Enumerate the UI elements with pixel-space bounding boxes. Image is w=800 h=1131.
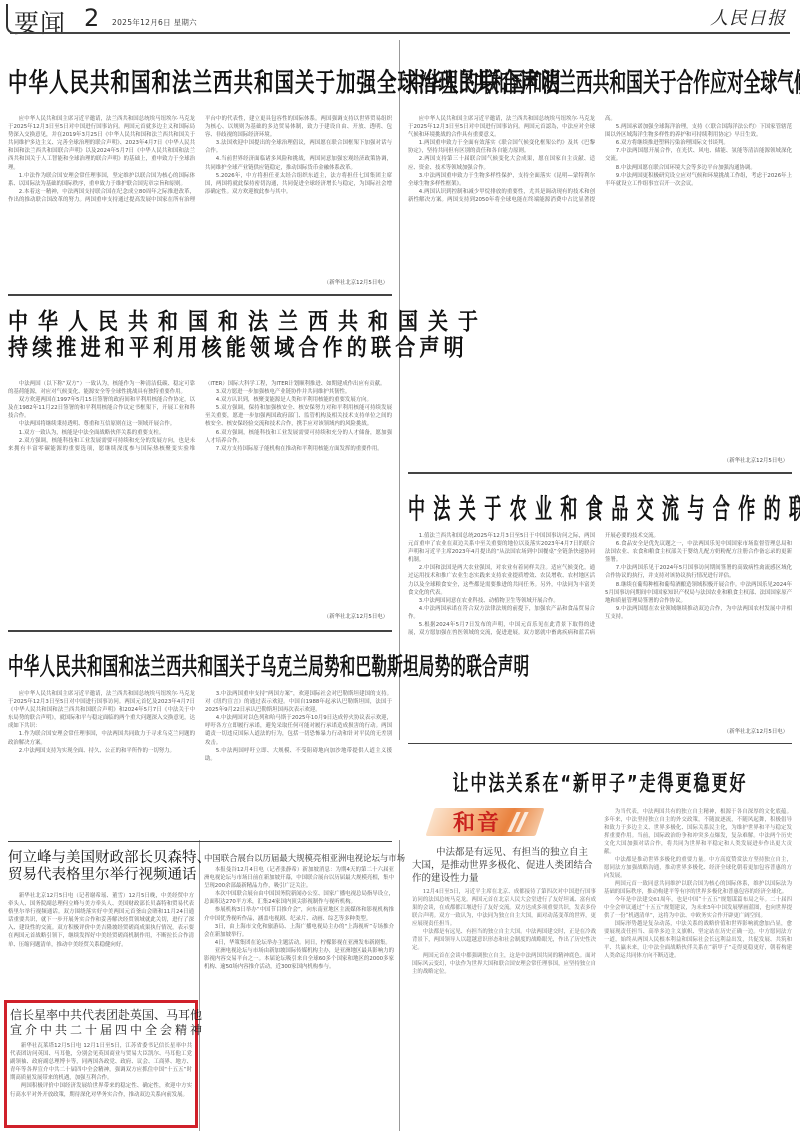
byline: （新华社北京12月5日电）	[700, 456, 788, 464]
headline-line-1[interactable]: 何立峰与美国财政部长贝森特、	[8, 850, 194, 867]
headline-line-2[interactable]: 宣介中共二十届四中全会精神	[10, 1023, 192, 1038]
column-divider	[399, 40, 400, 740]
article-ukraine-palestine[interactable]: 中华人民共和国和法兰西共和国关于乌克兰局势和巴勒斯坦局势的联合声明	[8, 648, 392, 670]
article-rule	[8, 841, 392, 842]
article-xin-changxing[interactable]: 信长星率中共代表团赴英国、马耳他 宣介中共二十届四中全会精神	[10, 1008, 192, 1038]
headline[interactable]: 中华人民共和国和法兰西共和国关于合作应对全球气候和环境挑战的联合声明	[408, 62, 792, 99]
headline-line-2[interactable]: 持续推进和平利用核能领域合作的联合声明	[8, 332, 392, 362]
headline[interactable]: 让中法关系在“新甲子”走得更稳更好	[408, 766, 792, 797]
byline: （新华社北京12月5日电）	[300, 612, 388, 620]
article-global-governance[interactable]: 中华人民共和国和法兰西共和国关于加强全球治理的联合声明	[8, 62, 392, 90]
masthead-rule	[10, 32, 790, 34]
page-number: 2	[84, 4, 99, 32]
article-rule	[408, 743, 792, 744]
byline: （新华社北京12月5日电）	[700, 727, 788, 735]
article-body: 新华社瓦莱塔12月5日电 12月1日至5日，江苏省委书记信长星率中共代表团访问英…	[10, 1042, 192, 1124]
section-title: 要闻	[14, 4, 66, 40]
commentary-lead: 中法都是有远见、有担当的独立自主大国，是推动世界多极化、促进人类团结合作的建设性…	[412, 846, 596, 885]
byline: （新华社北京12月5日电）	[300, 278, 388, 286]
headline-line-1[interactable]: 信长星率中共代表团赴英国、马耳他	[10, 1008, 192, 1023]
article-agriculture[interactable]: 中法关于农业和食品交流与合作的联合声明	[408, 486, 792, 511]
headline[interactable]: 中国联合展台以历届最大规模亮相亚洲电视论坛与市场	[204, 852, 396, 864]
article-rule	[408, 472, 792, 474]
headline-line-2[interactable]: 贸易代表格里尔举行视频通话	[8, 867, 194, 884]
issue-date: 2025年12月6日 星期六	[112, 17, 197, 28]
article-body: 应中华人民共和国主席习近平邀请，法兰西共和国总统埃马纽埃尔·马克龙于2025年1…	[8, 115, 392, 285]
article-body: 1.值法兰西共和国总统2025年12月3日至5日于中国国事访问之际，两国元首重申…	[408, 532, 792, 722]
newspaper-logo: 人民日报	[710, 4, 786, 30]
column-badge: 和音	[453, 806, 501, 837]
article-climate[interactable]: 中华人民共和国和法兰西共和国关于合作应对全球气候和环境挑战的联合声明	[408, 62, 792, 86]
article-he-lifeng[interactable]: 何立峰与美国财政部长贝森特、 贸易代表格里尔举行视频通话	[8, 850, 194, 884]
headline[interactable]: 中华人民共和国和法兰西共和国关于乌克兰局势和巴勒斯坦局势的联合声明	[8, 648, 392, 682]
column-divider-bottom	[399, 840, 400, 1131]
article-body: 本报曼谷12月4日电（记者张静希）新加坡消息：为期4天的第二十六届亚洲电视论坛与…	[204, 866, 394, 1128]
article-body: 应中华人民共和国主席习近平邀请，法兰西共和国总统埃马纽埃尔·马克龙于2025年1…	[408, 115, 792, 435]
article-rule	[8, 294, 392, 296]
article-body: 新华社北京12月5日电（记者谢希瑶、董雪）12月5日晚，中美经贸中方牵头人、国务…	[8, 892, 194, 990]
article-commentary[interactable]: 让中法关系在“新甲子”走得更稳更好	[408, 766, 792, 789]
column-divider-bottom-left	[199, 840, 200, 1131]
article-nuclear[interactable]: 中华人民共和国和法兰西共和国关于 持续推进和平利用核能领域合作的联合声明	[8, 306, 392, 358]
headline[interactable]: 中华人民共和国和法兰西共和国关于加强全球治理的联合声明	[8, 62, 392, 100]
headline[interactable]: 中法关于农业和食品交流与合作的联合声明	[408, 486, 792, 526]
article-body: 应中华人民共和国主席习近平邀请，法兰西共和国总统埃马纽埃尔·马克龙于2025年1…	[8, 690, 392, 838]
masthead: 要闻 2 2025年12月6日 星期六 人民日报	[0, 0, 800, 38]
article-cmg-asia-tv[interactable]: 中国联合展台以历届最大规模亮相亚洲电视论坛与市场	[204, 852, 396, 864]
article-body-col2: 为当代表，中法两国共有的独立自主精神，根源于各自深厚的文化底蕴。多年来，中法坚持…	[604, 808, 792, 1128]
article-body: 中法两国（以下称“双方”）一致认为，核能作为一种清洁低碳、稳定可靠的基荷能源，对…	[8, 380, 392, 600]
article-body-col1: 12月4日至5日，习近平主席在北京、成都接待了第四次对中国进行国事访问的法国总统…	[412, 888, 596, 1128]
article-rule	[8, 630, 392, 632]
